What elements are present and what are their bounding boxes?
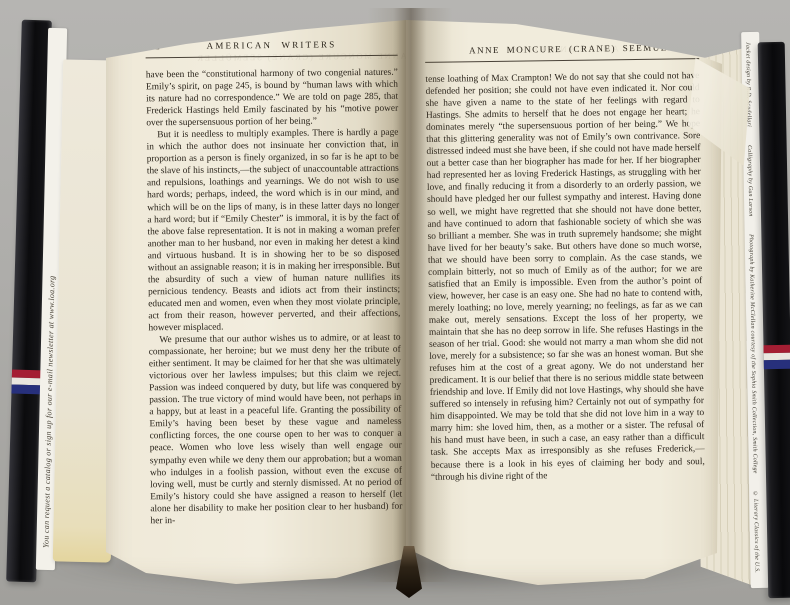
left-page-header: 592 AMERICAN WRITERS [145,39,397,53]
credit-copyright: © Literary Classics of the U.S. [752,491,759,573]
right-header-rule [425,58,699,63]
left-page-content: ANNE MONCURE (CRANE) SEEMÜLLER 592 AMERI… [145,39,402,527]
book-page-right: AMERICAN WRITERS ANNE MONCURE (CRANE) SE… [406,8,722,590]
stripe-blue-band [764,360,790,370]
paragraph: tense loathing of Max Crampton! We do no… [425,70,705,483]
paragraph: We presume that our author wishes us to … [149,332,403,527]
credit-photograph: Photograph by Katherine McClellan courte… [748,234,758,474]
left-page-number: 592 [145,42,189,52]
left-page-body: have been the “constitutional harmony of… [146,67,403,527]
right-page-header: ANNE MONCURE (CRANE) SEEMÜLLER 593 [425,42,699,57]
stripe-blue-band [11,385,41,395]
left-header-rule [146,55,398,59]
credit-calligraphy: Calligraphy by Gun Larson [746,145,753,217]
paragraph: have been the “constitutional harmony of… [146,67,399,130]
paragraph: But it is needless to multiply examples.… [146,127,400,334]
book-page-left: ANNE MONCURE (CRANE) SEEMÜLLER 592 AMERI… [106,10,406,590]
photo-background: You can request a catalog or sign up for… [0,0,790,605]
left-jacket-tricolor-stripe [11,370,42,395]
right-page-number: 593 [689,43,733,54]
left-running-header: AMERICAN WRITERS [189,39,353,51]
right-jacket-tricolor-stripe [763,345,790,370]
right-running-header: ANNE MONCURE (CRANE) SEEMÜLLER [469,42,689,55]
right-page-content: AMERICAN WRITERS ANNE MONCURE (CRANE) SE… [425,42,705,483]
right-page-body: tense loathing of Max Crampton! We do no… [425,70,705,483]
